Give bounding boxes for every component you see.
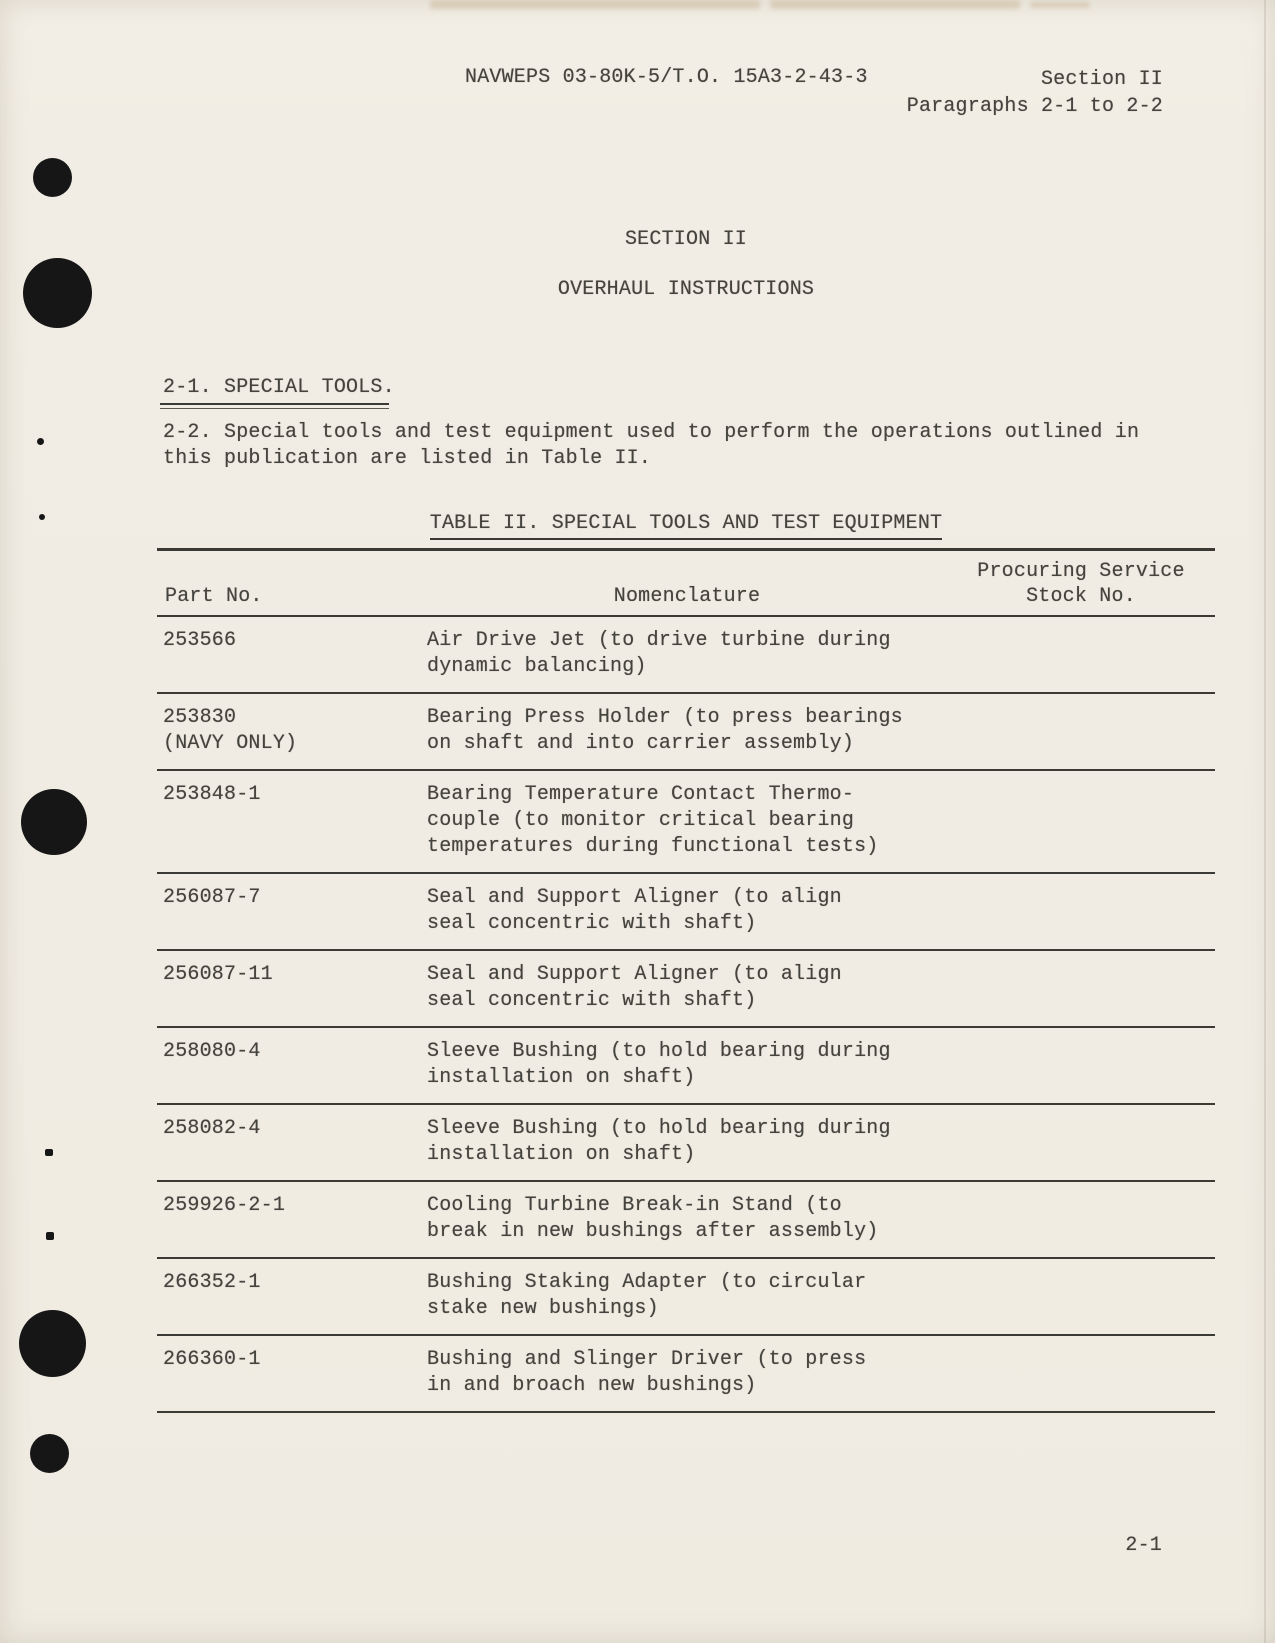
section-ref: Section II <box>907 66 1163 93</box>
binder-hole-dot <box>19 1310 86 1377</box>
table-header-row: Part No. Nomenclature Procuring Service … <box>157 551 1215 617</box>
doc-number: NAVWEPS 03-80K-5/T.O. 15A3-2-43-3 <box>465 66 868 89</box>
nomenclature-cell: Bearing Press Holder (to press bearings … <box>427 705 947 757</box>
nomenclature-cell: Cooling Turbine Break-in Stand (to break… <box>427 1193 947 1245</box>
binder-hole-dot <box>23 258 92 328</box>
part-no-cell: 266352-1 <box>157 1270 427 1322</box>
table-row: 256087-7 Seal and Support Aligner (to al… <box>157 874 1215 951</box>
part-no-cell: 256087-11 <box>157 962 427 1014</box>
scan-artifact <box>430 0 760 9</box>
section-subtitle: OVERHAUL INSTRUCTIONS <box>157 278 1215 301</box>
nomenclature-cell: Sleeve Bushing (to hold bearing during i… <box>427 1116 947 1168</box>
column-header-part-no: Part No. <box>157 584 427 609</box>
page-number: 2-1 <box>1125 1534 1162 1557</box>
column-header-stock-no: Procuring Service Stock No. <box>947 559 1215 609</box>
table-row: 256087-11 Seal and Support Aligner (to a… <box>157 951 1215 1028</box>
nomenclature-cell: Bearing Temperature Contact Thermo- coup… <box>427 782 947 860</box>
stock-no-cell <box>947 1270 1215 1322</box>
nomenclature-cell: Sleeve Bushing (to hold bearing during i… <box>427 1039 947 1091</box>
stock-no-cell <box>947 1347 1215 1399</box>
document-page: NAVWEPS 03-80K-5/T.O. 15A3-2-43-3 Sectio… <box>0 0 1275 1643</box>
nomenclature-cell: Bushing and Slinger Driver (to press in … <box>427 1347 947 1399</box>
part-no-cell: 256087-7 <box>157 885 427 937</box>
paragraph-2-2: 2-2. Special tools and test equipment us… <box>163 420 1163 472</box>
section-title: SECTION II <box>157 228 1215 251</box>
table-row: 259926-2-1 Cooling Turbine Break-in Stan… <box>157 1182 1215 1259</box>
special-tools-table: Part No. Nomenclature Procuring Service … <box>157 548 1215 1413</box>
table-row: 266352-1 Bushing Staking Adapter (to cir… <box>157 1259 1215 1336</box>
part-no-cell: 253566 <box>157 628 427 680</box>
ink-speck-dot <box>46 1232 54 1240</box>
header-right-block: Section II Paragraphs 2-1 to 2-2 <box>907 66 1163 120</box>
part-no-cell: 253830 (NAVY ONLY) <box>157 705 427 757</box>
part-no-cell: 258082-4 <box>157 1116 427 1168</box>
underlined-heading: 2-1. SPECIAL TOOLS. <box>163 376 395 401</box>
nomenclature-cell: Seal and Support Aligner (to align seal … <box>427 962 947 1014</box>
table-title: TABLE II. SPECIAL TOOLS AND TEST EQUIPME… <box>157 512 1215 540</box>
stock-no-cell <box>947 705 1215 757</box>
ink-speck-dot <box>45 1149 53 1156</box>
stock-no-cell <box>947 962 1215 1014</box>
table-row: 266360-1 Bushing and Slinger Driver (to … <box>157 1336 1215 1413</box>
underlined-table-title: TABLE II. SPECIAL TOOLS AND TEST EQUIPME… <box>430 512 942 540</box>
stock-no-cell <box>947 628 1215 680</box>
nomenclature-cell: Air Drive Jet (to drive turbine during d… <box>427 628 947 680</box>
nomenclature-cell: Seal and Support Aligner (to align seal … <box>427 885 947 937</box>
scan-artifact <box>770 0 1020 9</box>
table-row: 258082-4 Sleeve Bushing (to hold bearing… <box>157 1105 1215 1182</box>
binder-hole-dot <box>33 158 72 197</box>
paragraphs-ref: Paragraphs 2-1 to 2-2 <box>907 93 1163 120</box>
stock-no-cell <box>947 782 1215 860</box>
ink-speck-dot <box>37 438 44 445</box>
nomenclature-cell: Bushing Staking Adapter (to circular sta… <box>427 1270 947 1322</box>
part-no-cell: 266360-1 <box>157 1347 427 1399</box>
table-row: 253848-1 Bearing Temperature Contact The… <box>157 771 1215 874</box>
part-no-cell: 253848-1 <box>157 782 427 860</box>
stock-no-cell <box>947 1039 1215 1091</box>
binder-hole-dot <box>30 1434 69 1473</box>
scan-artifact <box>1030 2 1090 8</box>
part-no-cell: 259926-2-1 <box>157 1193 427 1245</box>
stock-no-cell <box>947 1193 1215 1245</box>
stock-no-cell <box>947 885 1215 937</box>
table-row: 253830 (NAVY ONLY) Bearing Press Holder … <box>157 694 1215 771</box>
binder-hole-dot <box>21 789 87 855</box>
table-row: 253566 Air Drive Jet (to drive turbine d… <box>157 617 1215 694</box>
part-no-cell: 258080-4 <box>157 1039 427 1091</box>
table-row: 258080-4 Sleeve Bushing (to hold bearing… <box>157 1028 1215 1105</box>
paragraph-2-1-heading: 2-1. SPECIAL TOOLS. <box>163 376 395 401</box>
stock-no-cell <box>947 1116 1215 1168</box>
ink-speck-dot <box>39 514 45 520</box>
column-header-nomenclature: Nomenclature <box>427 584 947 609</box>
